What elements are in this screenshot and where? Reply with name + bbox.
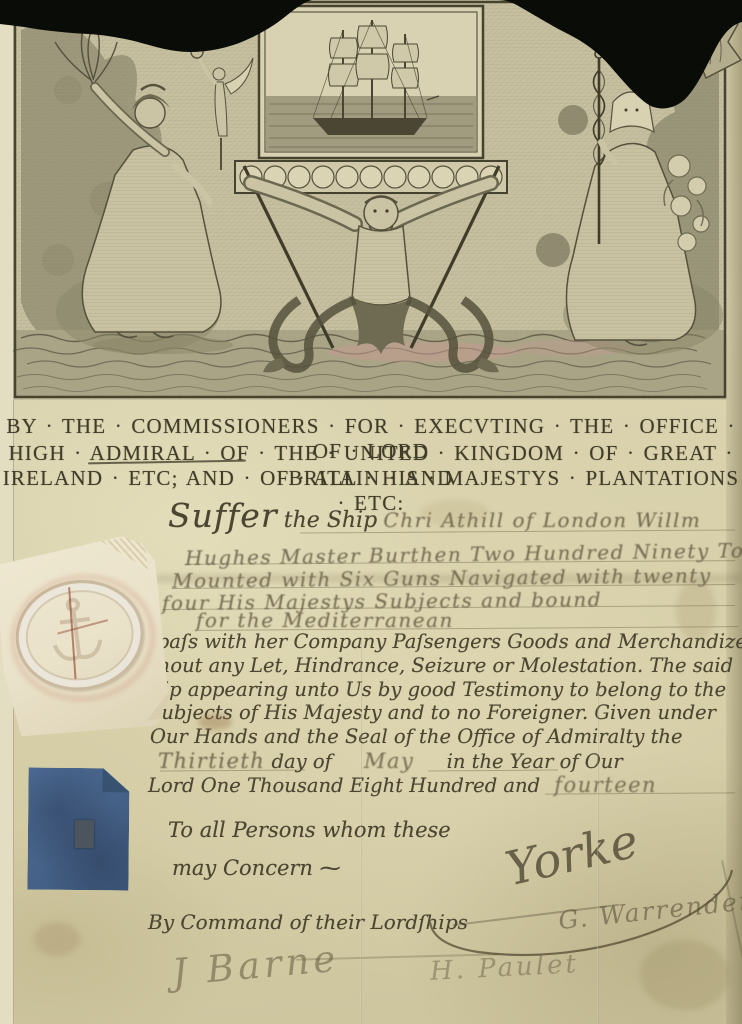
vertical-crease-right xyxy=(597,690,599,1024)
britannia-head xyxy=(135,98,165,128)
body-line-to-all: To all Persons whom these xyxy=(168,818,451,842)
patch-folded-corner xyxy=(102,768,129,792)
ship-hull xyxy=(313,118,427,135)
admiralty-wafer-seal xyxy=(0,533,175,744)
age-spot-5 xyxy=(640,940,730,1010)
body-line-foreigner: Subjects of His Majesty and to no Foreig… xyxy=(148,701,716,724)
age-spot-3 xyxy=(676,580,716,640)
blue-paper-patch xyxy=(27,767,129,890)
engraved-headpiece xyxy=(13,0,727,400)
body-line-pass: to paſs with her Company Paſsengers Good… xyxy=(131,630,742,653)
entry-month: May xyxy=(338,749,440,773)
word-suffer: Suffer xyxy=(168,496,278,535)
seal-folded-corner xyxy=(100,536,148,575)
body-line-concern: may Concern ⁓ xyxy=(172,856,341,880)
words-lord-line: Lord One Thousand Eight Hundred and xyxy=(148,774,540,797)
age-spot-1 xyxy=(198,714,232,730)
patch-center-fragment xyxy=(75,820,94,848)
words-the-ship: the Ship xyxy=(284,508,377,533)
body-line-testimony: Ship appearing unto Us by good Testimony… xyxy=(137,678,726,701)
signature-barne: J Barne xyxy=(170,937,340,994)
body-line-hindrance: without any Let, Hindrance, Seizure or M… xyxy=(127,654,733,677)
seal-anchor-emboss xyxy=(35,590,118,676)
age-spot-4 xyxy=(420,500,490,526)
pennant-engraving xyxy=(688,6,742,96)
age-spot-2 xyxy=(34,922,80,956)
parchment-document: BY · THE · COMMISSIONERS · FOR · EXECVTI… xyxy=(0,0,742,1024)
engraving-scene xyxy=(13,0,727,400)
vertical-crease-center xyxy=(360,640,362,1024)
horizontal-fold-shadow xyxy=(140,574,742,583)
ship-vignette xyxy=(259,6,483,158)
body-line-hands: Our Hands and the Seal of the Office of … xyxy=(150,725,683,748)
